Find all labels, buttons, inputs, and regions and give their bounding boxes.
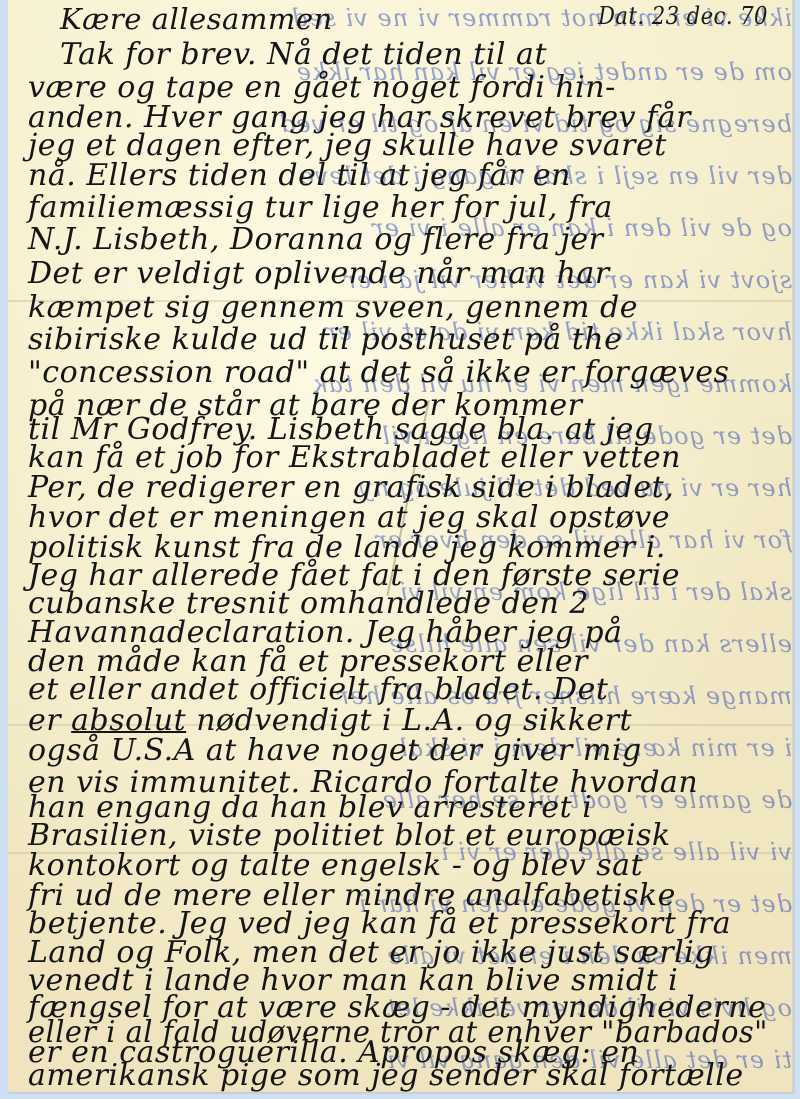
letter-line: "concession road" at det så ikke er forg… <box>28 355 729 390</box>
letter-page: ikke vi er min not rammer vi ne vi sed o… <box>8 0 793 1092</box>
letter-line: familiemæssig tur lige her for jul, fra <box>28 190 613 225</box>
letter-date: Dat. 23 dec. 70 <box>598 2 768 30</box>
letter-line: sibiriske kulde ud til posthuset på the <box>28 322 622 357</box>
letter-line: amerikansk pige som jeg sender skal fort… <box>28 1058 744 1093</box>
letter-line: nå. Ellers tiden del til at jeg får en <box>28 158 571 193</box>
letter-line: kæmpet sig gennem sveen, gennem de <box>28 290 638 325</box>
letter-line: Tak for brev. Nå det tiden til at <box>60 37 547 72</box>
letter-line: Det er veldigt oplivende når man har <box>28 256 610 291</box>
letter-line: et eller andet officielt fra bladet. Det <box>28 672 608 707</box>
letter-line: også U.S.A at have noget der giver mig <box>28 733 642 768</box>
letter-line: N.J. Lisbeth, Doranna og flere fra jer <box>28 222 604 257</box>
letter-greeting: Kære allesammen <box>60 2 333 36</box>
